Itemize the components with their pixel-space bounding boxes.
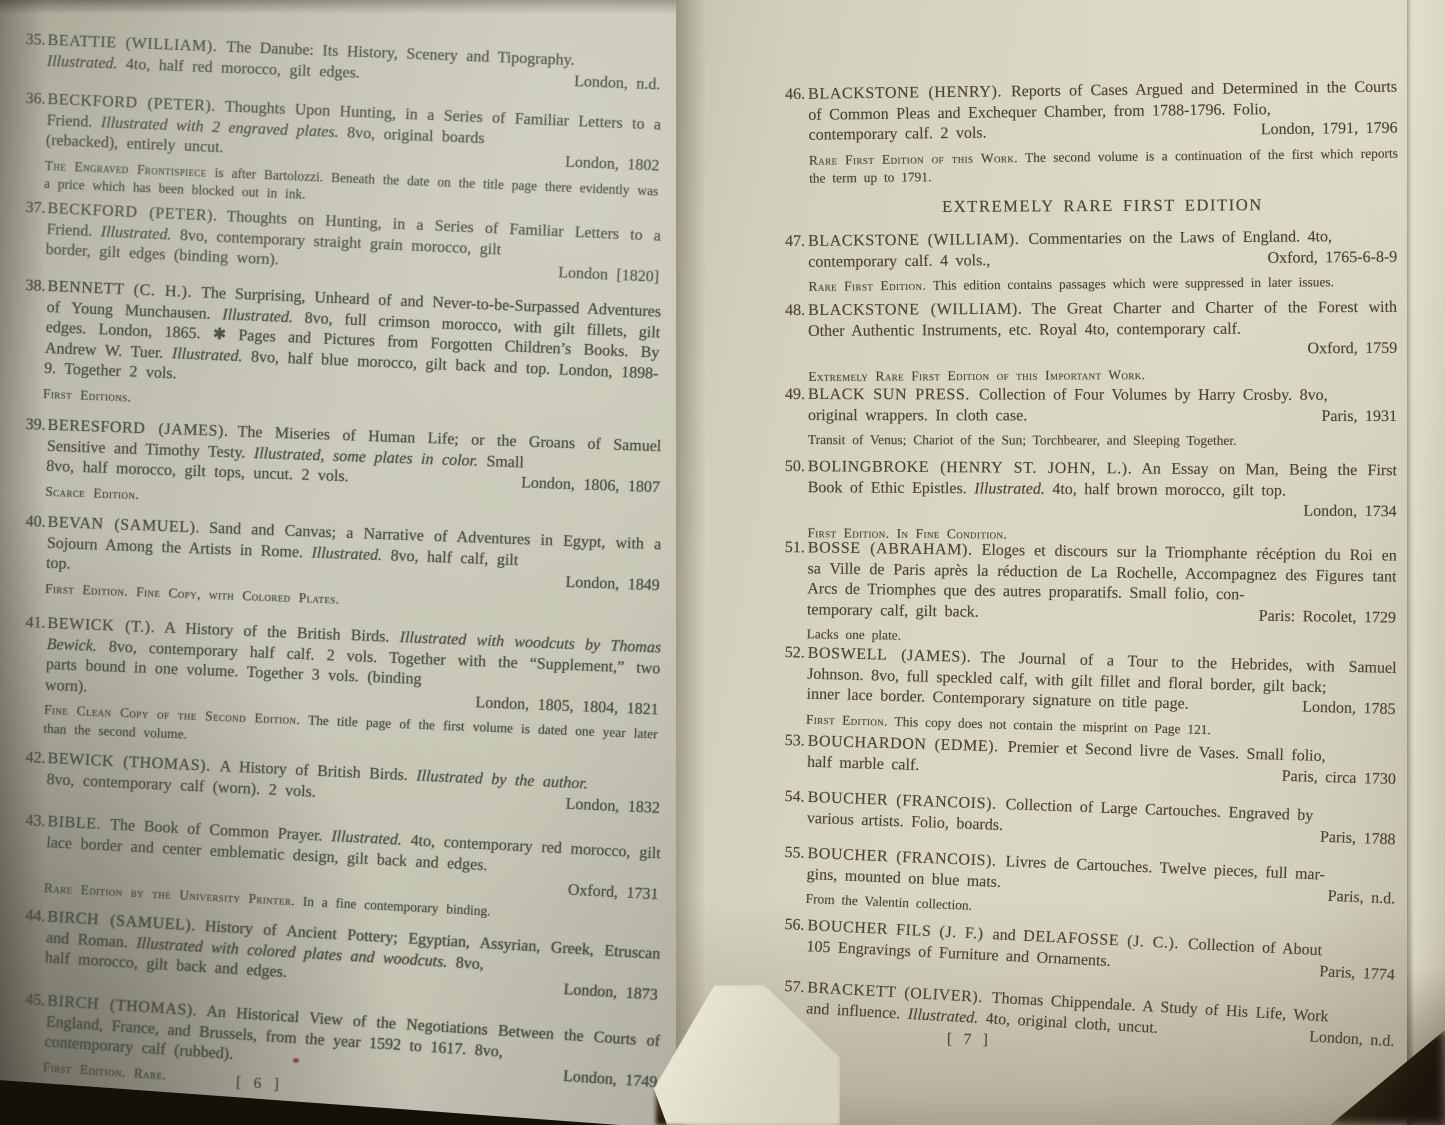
catalog-entry-47: 47.BLACKSTONE (WILLIAM).Commentaries on …: [785, 227, 1398, 297]
entry-tail: contemporary calf. 4 vols.,: [808, 251, 990, 273]
entry-number: 38.: [25, 276, 46, 297]
entry-tail: temporary calf, gilt back.: [807, 600, 979, 623]
entry-tail-row: contemporary calf. 4 vols.,Oxford, 1765-…: [808, 247, 1397, 273]
entry-number: 35.: [25, 30, 46, 51]
entry-tail: contemporary calf. 2 vols.: [808, 124, 986, 147]
entry-note: Rare First Edition of this Work. The sec…: [809, 144, 1398, 188]
entry-imprint-date: Oxford, 1731: [553, 880, 659, 906]
catalog-entry-49: 49.BLACK SUN PRESS.Collection of Four Vo…: [785, 385, 1397, 451]
page-number-right: [ 7 ]: [947, 1030, 990, 1051]
catalog-entry-51: 51.BOSSE (ABRAHAM).Eloges et discours su…: [784, 538, 1397, 652]
entry-imprint-date: Oxford, 1765-6-8-9: [1253, 247, 1397, 269]
entry-imprint-date: Paris, 1774: [1305, 961, 1395, 986]
catalog-entry-48: 48.BLACKSTONE (WILLIAM).The Great Charte…: [785, 298, 1397, 386]
entry-number: 56.: [784, 915, 805, 936]
entry-number: 57.: [784, 977, 805, 999]
entry-imprint-date: Paris: Rocolet, 1729: [1245, 606, 1396, 629]
entry-tail: half marble calf.: [807, 752, 920, 776]
catalog-entry-50: 50.BOLINGBROKE (HENRY ST. JOHN, L.).An E…: [784, 457, 1397, 546]
entry-number: 37.: [25, 198, 46, 219]
entry-imprint-date: London, 1802: [551, 152, 660, 177]
catalog-entry-52: 52.BOSWELL (JAMES).The Journal of a Tour…: [783, 643, 1397, 744]
entry-imprint-date: London, 1806, 1807: [507, 473, 660, 499]
entry-number: 42.: [25, 748, 46, 769]
entry-number: 50.: [785, 457, 805, 478]
entry-number: 36.: [25, 89, 46, 110]
entry-imprint-date: Paris, 1788: [1306, 827, 1396, 851]
entry-body: BLACKSTONE (WILLIAM).The Great Charter a…: [808, 298, 1397, 342]
entry-number: 46.: [785, 85, 805, 106]
entry-imprint-date: London, n.d.: [560, 71, 661, 95]
entry-tail: worn).: [45, 675, 88, 697]
entry-imprint-date: London, 1785: [1288, 697, 1396, 720]
entry-number: 39.: [25, 415, 46, 436]
entry-note: Extremely Rare First Edition of this Imp…: [808, 364, 1397, 386]
entry-imprint-date: London, 1734: [1289, 502, 1396, 523]
catalog-entry-46: 46.BLACKSTONE (HENRY).Reports of Cases A…: [785, 78, 1398, 189]
entry-number: 55.: [784, 843, 805, 864]
section-heading: EXTREMELY RARE FIRST EDITION: [808, 194, 1397, 218]
entry-tail-row: Oxford, 1759: [808, 339, 1397, 363]
entry-imprint-date: London, 1849: [551, 572, 660, 596]
entry-body: BLACKSTONE (HENRY).Reports of Cases Argu…: [808, 78, 1397, 126]
catalog-entry-41: 41.BEWICK (T.).A History of the British …: [21, 613, 661, 762]
entry-number: 47.: [785, 232, 805, 253]
entry-number: 45.: [25, 990, 46, 1012]
entry-number: 51.: [785, 538, 805, 559]
entry-number: 49.: [785, 385, 805, 406]
entry-body: BLACK SUN PRESS.Collection of Four Volum…: [808, 385, 1397, 407]
entry-tail-row: London, 1734: [808, 498, 1397, 523]
entry-imprint-date: Paris, 1931: [1307, 406, 1397, 427]
entry-number: 48.: [785, 301, 805, 322]
entry-number: 41.: [25, 613, 46, 634]
entry-body: BOLINGBROKE (HENRY ST. JOHN, L.).An Essa…: [808, 457, 1397, 502]
entry-imprint-date: Paris, n.d.: [1313, 886, 1395, 910]
entry-number: 40.: [25, 512, 46, 533]
entry-body: BOSSE (ABRAHAM).Eloges et discours sur l…: [807, 538, 1397, 608]
entry-number: 53.: [784, 731, 805, 752]
entry-tail-row: original wrappers. In cloth case.Paris, …: [808, 406, 1397, 428]
entry-number: 43.: [25, 811, 46, 833]
page-fore-edge: [1407, 0, 1445, 1125]
entry-tail: original wrappers. In cloth case.: [808, 406, 1027, 427]
entry-number: 52.: [784, 643, 805, 664]
entry-number: 44.: [25, 906, 46, 928]
entry-tail: top.: [46, 554, 71, 575]
entry-imprint-date: London, 1791, 1796: [1247, 119, 1398, 141]
entry-imprint-date: Oxford, 1759: [1293, 339, 1397, 360]
catalog-entry-38: 38.BENNETT (C. H.).The Surprising, Unhea…: [21, 276, 662, 429]
book-photo: [ 6 ] 35.BEATTIE (WILLIAM).The Danube: I…: [0, 0, 1445, 1125]
entry-note: Transit of Venus; Chariot of the Sun; To…: [808, 431, 1397, 451]
entry-number: 54.: [784, 787, 805, 808]
entry-imprint-date: Paris, circa 1730: [1267, 766, 1396, 790]
